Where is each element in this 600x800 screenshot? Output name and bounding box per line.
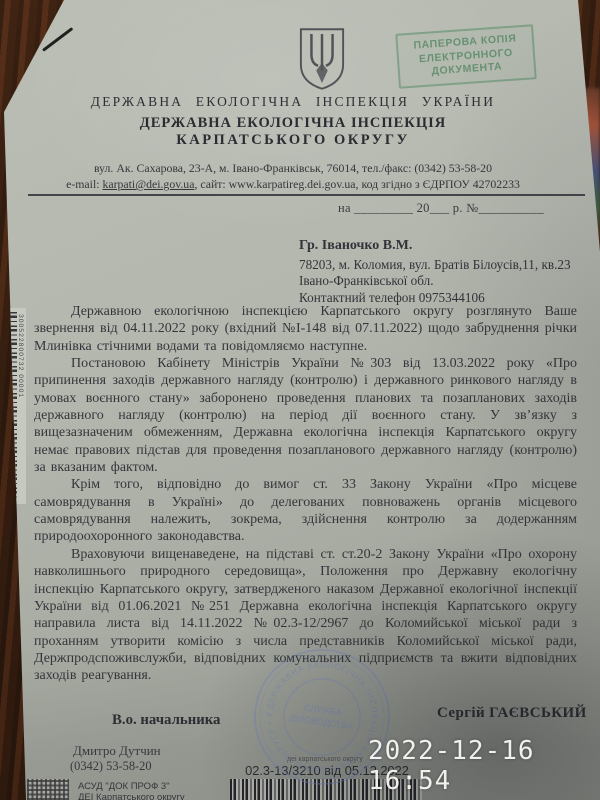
parent-organization-title: ДЕРЖАВНА ЕКОЛОГІЧНА ІНСПЕКЦІЯ УКРАЇНИ (0, 94, 586, 110)
asud-stamp-line: ДЕІ Карпатського округу (78, 792, 185, 800)
coat-of-arms-trident-icon (298, 27, 346, 91)
email-address: karpati@dei.gov.ua (102, 177, 194, 191)
organization-title-line1: ДЕРЖАВНА ЕКОЛОГІЧНА ІНСПЕКЦІЯ (0, 115, 586, 132)
letterhead-divider (28, 194, 585, 196)
recipient-name: Гр. Іваночко В.М. (299, 238, 571, 255)
seal-center-line2: ДІЛОВОДСТВА (289, 713, 353, 732)
recipient-block: Гр. Іваночко В.М. 78203, м. Коломия, вул… (299, 238, 571, 306)
camera-timestamp: 2022-12-16 16:54 (368, 736, 600, 796)
organization-title-line2: КАРПАТСЬКОГО ОКРУГУ (0, 132, 586, 149)
recipient-address-line: 78203, м. Коломия, вул. Братів Білоусів,… (299, 257, 571, 274)
recipient-address-line: Івано-Франківської обл. (299, 273, 571, 290)
body-paragraph: Крім того, відповідно до вимог ст. 33 За… (34, 476, 577, 545)
letterhead-address: вул. Ак. Сахарова, 23-А, м. Івано-Франкі… (0, 161, 586, 176)
email-label: e-mail: (66, 177, 102, 191)
paper-copy-stamp: ПАПЕРОВА КОПІЯ ЕЛЕКТРОННОГО ДОКУМЕНТА (395, 24, 536, 88)
asud-stamp-line: АСУД "ДОК ПРОФ 3" (78, 781, 185, 792)
letterhead-contacts: e-mail: karpati@dei.gov.ua, сайт: www.ka… (0, 177, 586, 192)
reference-blank-line: на _________ 20___ р. №__________ (338, 201, 544, 216)
barcode-digits: 300522800732 00001 (17, 314, 24, 398)
photo-of-document: { "photo": { "camera_timestamp": "2022-1… (0, 0, 600, 800)
body-paragraph: Враховуючи вищенаведене, на підставі ст.… (34, 546, 577, 685)
signer-name: Сергій ГАЄВСЬКИЙ (437, 705, 587, 722)
letter-body: Державною екологічною інспекцією Карпатс… (34, 303, 577, 685)
signer-position: В.о. начальника (112, 712, 220, 729)
document-paper: ПАПЕРОВА КОПІЯ ЕЛЕКТРОННОГО ДОКУМЕНТА ДЕ… (0, 0, 600, 800)
asud-qr-code (27, 779, 69, 800)
executor-name: Дмитро Дутчин (73, 743, 161, 759)
body-paragraph: Державною екологічною інспекцією Карпатс… (34, 303, 577, 355)
executor-phone: (0342) 53-58-20 (70, 759, 152, 774)
body-paragraph: Постановою Кабінету Міністрів України №3… (34, 355, 577, 476)
letterhead-contacts-rest: , сайт: www.karpatireg.dei.gov.ua, код з… (194, 177, 519, 191)
asud-stamp: АСУД "ДОК ПРОФ 3" ДЕІ Карпатського округ… (78, 781, 185, 800)
